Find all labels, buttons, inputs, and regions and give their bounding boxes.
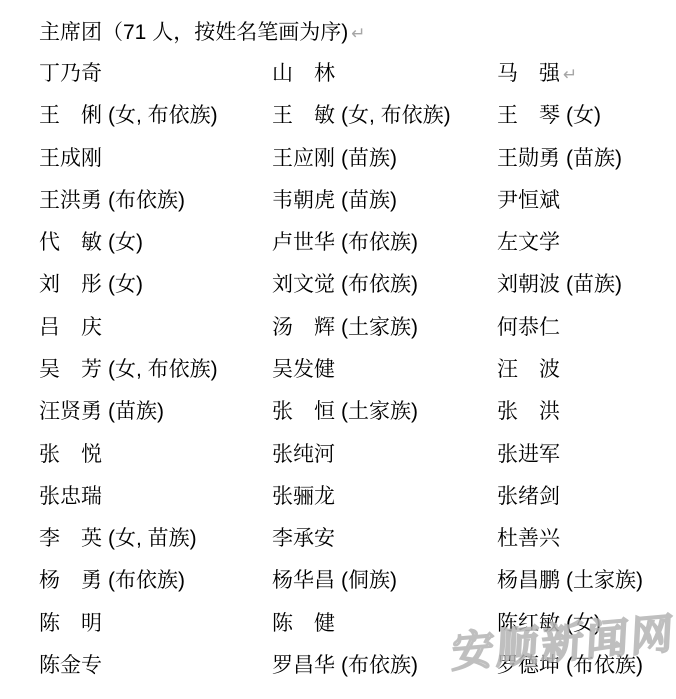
name-cell: 张 悦 — [39, 444, 272, 466]
ethnicity-gender-note: (布依族) — [341, 654, 418, 677]
name-cell: 罗昌华(布依族) — [272, 655, 497, 677]
name-cell: 王洪勇(布依族) — [39, 190, 272, 212]
name-cell: 何恭仁 — [497, 317, 676, 339]
person-name: 罗昌华 — [272, 654, 335, 677]
person-name: 张骊龙 — [272, 485, 335, 508]
name-cell: 张进军 — [497, 444, 676, 466]
person-name: 杨华昌 — [272, 569, 335, 592]
name-cell: 李 英(女, 苗族) — [39, 528, 272, 550]
name-cell: 汪贤勇(苗族) — [39, 401, 272, 423]
person-name: 刘 彤 — [39, 273, 102, 296]
ethnicity-gender-note: (苗族) — [108, 400, 164, 423]
person-name: 刘文觉 — [272, 273, 335, 296]
name-cell: 汤 辉(土家族) — [272, 317, 497, 339]
name-cell: 王勋勇(苗族) — [497, 148, 676, 170]
person-name: 杜善兴 — [497, 527, 560, 550]
person-name: 汪贤勇 — [39, 400, 102, 423]
name-cell: 杜善兴 — [497, 528, 676, 550]
person-name: 左文学 — [497, 231, 560, 254]
ethnicity-gender-note: (布依族) — [108, 569, 185, 592]
person-name: 吕 庆 — [39, 316, 102, 339]
person-name: 韦朝虎 — [272, 189, 335, 212]
ethnicity-gender-note: (苗族) — [341, 189, 397, 212]
name-cell: 张忠瑞 — [39, 486, 272, 508]
person-name: 杨 勇 — [39, 569, 102, 592]
ethnicity-gender-note: (土家族) — [341, 400, 418, 423]
name-cell: 张绪剑 — [497, 486, 676, 508]
ethnicity-gender-note: (女, 布依族) — [341, 104, 451, 127]
person-name: 山 林 — [272, 62, 335, 85]
ethnicity-gender-note: (女, 布依族) — [108, 104, 218, 127]
person-name: 张绪剑 — [497, 485, 560, 508]
name-cell: 王 琴(女) — [497, 105, 676, 127]
person-name: 丁乃奇 — [39, 62, 102, 85]
name-cell: 张 洪 — [497, 401, 676, 423]
name-cell: 陈 健 — [272, 613, 497, 635]
name-cell: 王 敏(女, 布依族) — [272, 105, 497, 127]
name-cell: 王 俐(女, 布依族) — [39, 105, 272, 127]
ethnicity-gender-note: (土家族) — [341, 316, 418, 339]
person-name: 汤 辉 — [272, 316, 335, 339]
paragraph-mark-icon: ↵ — [563, 65, 577, 84]
ethnicity-gender-note: (布依族) — [566, 654, 643, 677]
person-name: 张 恒 — [272, 400, 335, 423]
person-name: 何恭仁 — [497, 316, 560, 339]
name-cell: 陈金专 — [39, 655, 272, 677]
name-cell: 王应刚(苗族) — [272, 148, 497, 170]
person-name: 尹恒斌 — [497, 189, 560, 212]
name-cell: 汪 波 — [497, 359, 676, 381]
name-cell: 张纯河 — [272, 444, 497, 466]
name-cell: 罗德坤(布依族) — [497, 655, 676, 677]
ethnicity-gender-note: (布依族) — [108, 189, 185, 212]
name-cell: 山 林 — [272, 63, 497, 85]
person-name: 王应刚 — [272, 147, 335, 170]
person-name: 吴发健 — [272, 358, 335, 381]
person-name: 张 悦 — [39, 443, 102, 466]
name-cell: 代 敏(女) — [39, 232, 272, 254]
person-name: 卢世华 — [272, 231, 335, 254]
name-cell: 丁乃奇 — [39, 63, 272, 85]
ethnicity-gender-note: (苗族) — [566, 273, 622, 296]
name-list: 丁乃奇山 林马 强↵王 俐(女, 布依族)王 敏(女, 布依族)王 琴(女)王成… — [39, 53, 676, 687]
name-cell: 刘文觉(布依族) — [272, 274, 497, 296]
name-cell: 陈 明 — [39, 613, 272, 635]
name-cell: 韦朝虎(苗族) — [272, 190, 497, 212]
name-cell: 马 强↵ — [497, 63, 676, 86]
person-name: 张纯河 — [272, 443, 335, 466]
person-name: 王成刚 — [39, 147, 102, 170]
ethnicity-gender-note: (女) — [108, 231, 143, 254]
ethnicity-gender-note: (土家族) — [566, 569, 643, 592]
name-cell: 杨华昌(侗族) — [272, 570, 497, 592]
name-cell: 卢世华(布依族) — [272, 232, 497, 254]
person-name: 王洪勇 — [39, 189, 102, 212]
person-name: 陈 明 — [39, 612, 102, 635]
person-name: 杨昌鹏 — [497, 569, 560, 592]
page-title: 主席团（71 人，按姓名笔画为序)↵ — [39, 22, 365, 45]
name-cell: 吕 庆 — [39, 317, 272, 339]
ethnicity-gender-note: (侗族) — [341, 569, 397, 592]
ethnicity-gender-note: (女, 苗族) — [108, 527, 197, 550]
person-name: 王 敏 — [272, 104, 335, 127]
person-name: 张忠瑞 — [39, 485, 102, 508]
name-cell: 杨昌鹏(土家族) — [497, 570, 676, 592]
name-cell: 左文学 — [497, 232, 676, 254]
name-cell: 陈红敏(女) — [497, 613, 676, 635]
name-cell: 吴 芳(女, 布依族) — [39, 359, 272, 381]
person-name: 刘朝波 — [497, 273, 560, 296]
name-cell: 张 恒(土家族) — [272, 401, 497, 423]
ethnicity-gender-note: (女) — [566, 104, 601, 127]
title-text: 主席团（71 人，按姓名笔画为序) — [39, 21, 348, 44]
person-name: 罗德坤 — [497, 654, 560, 677]
person-name: 陈 健 — [272, 612, 335, 635]
name-cell: 张骊龙 — [272, 486, 497, 508]
person-name: 代 敏 — [39, 231, 102, 254]
ethnicity-gender-note: (女) — [108, 273, 143, 296]
name-cell: 杨 勇(布依族) — [39, 570, 272, 592]
ethnicity-gender-note: (苗族) — [341, 147, 397, 170]
person-name: 王 俐 — [39, 104, 102, 127]
name-cell: 王成刚 — [39, 148, 272, 170]
person-name: 张 洪 — [497, 400, 560, 423]
ethnicity-gender-note: (布依族) — [341, 273, 418, 296]
document-page: 主席团（71 人，按姓名笔画为序)↵ 丁乃奇山 林马 强↵王 俐(女, 布依族)… — [0, 0, 676, 699]
person-name: 王 琴 — [497, 104, 560, 127]
name-cell: 吴发健 — [272, 359, 497, 381]
person-name: 陈红敏 — [497, 612, 560, 635]
person-name: 吴 芳 — [39, 358, 102, 381]
person-name: 陈金专 — [39, 654, 102, 677]
person-name: 王勋勇 — [497, 147, 560, 170]
name-cell: 刘 彤(女) — [39, 274, 272, 296]
ethnicity-gender-note: (女) — [566, 612, 601, 635]
person-name: 汪 波 — [497, 358, 560, 381]
name-cell: 刘朝波(苗族) — [497, 274, 676, 296]
person-name: 李 英 — [39, 527, 102, 550]
ethnicity-gender-note: (女, 布依族) — [108, 358, 218, 381]
name-cell: 李承安 — [272, 528, 497, 550]
paragraph-mark-icon: ↵ — [351, 24, 365, 43]
name-cell: 尹恒斌 — [497, 190, 676, 212]
person-name: 张进军 — [497, 443, 560, 466]
person-name: 李承安 — [272, 527, 335, 550]
person-name: 马 强 — [497, 62, 560, 85]
ethnicity-gender-note: (苗族) — [566, 147, 622, 170]
ethnicity-gender-note: (布依族) — [341, 231, 418, 254]
